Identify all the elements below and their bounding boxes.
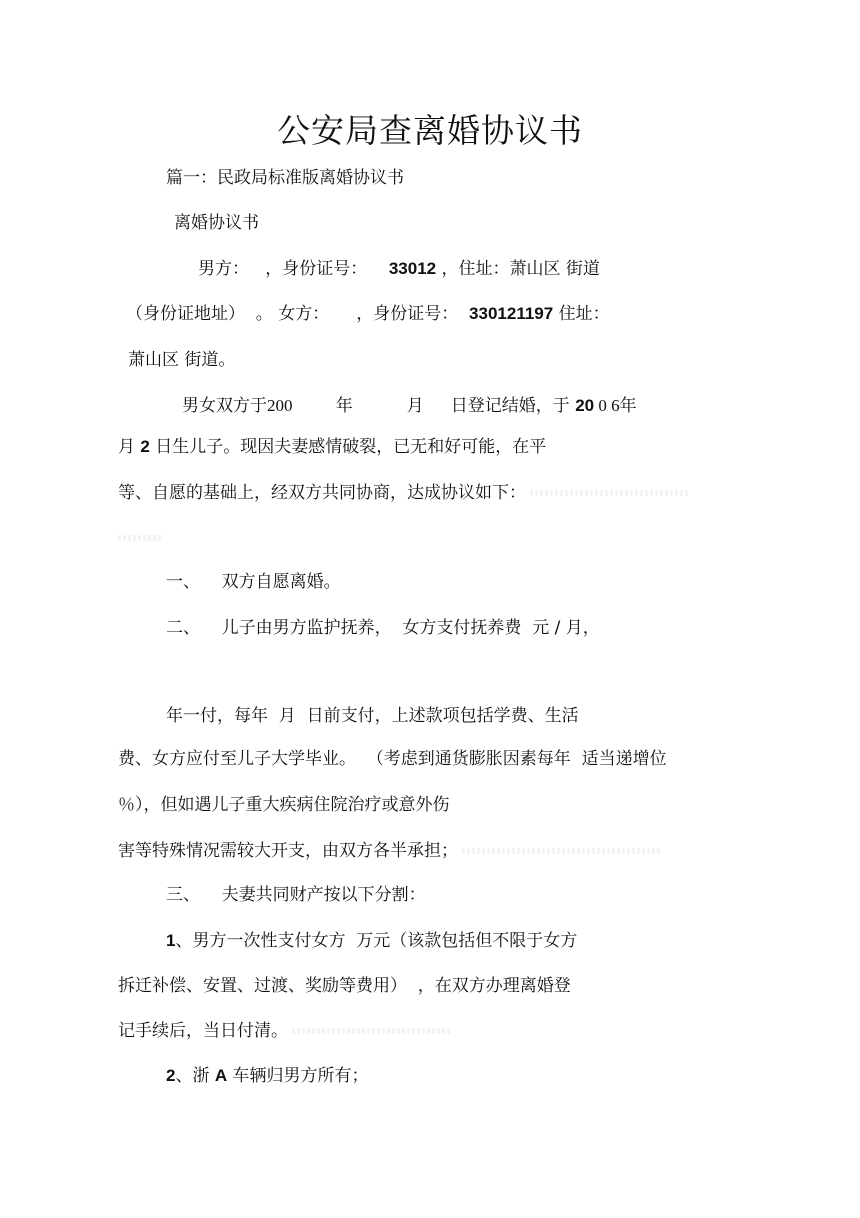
male-party-line: 男方： ，身份证号： 33012 ，住址：萧山区 街道 — [198, 258, 600, 280]
agreement-name: 离婚协议书 — [174, 212, 259, 234]
female-id: 330121197 — [469, 304, 553, 323]
female-party-line: （身份证地址） 。 女方： ，身份证号： 330121197 住址： — [126, 303, 610, 325]
clause-2: 二、 儿子由男方监护抚养， 女方支付抚养费 元 / 月， — [166, 617, 600, 639]
son-line: 月 2 日生儿子。现因夫妻感情破裂，已无和好可能，在平 — [118, 436, 546, 458]
marriage-line: 男女双方于200 年 月 日登记结婚，于 20 0 6年 — [182, 395, 637, 417]
clause-2-cont-4: 害等特殊情况需较大开支，由双方各半承担； — [118, 840, 662, 862]
clause-1: 一、 双方自愿离婚。 — [166, 571, 341, 593]
property-item-2: 2、浙 A 车辆归男方所有； — [166, 1065, 369, 1087]
document-title: 公安局查离婚协议书 — [0, 110, 860, 152]
clause-3: 三、 夫妻共同财产按以下分割： — [166, 884, 426, 906]
scan-noise — [530, 490, 690, 496]
agree-line: 等、自愿的基础上，经双方共同协商，达成协议如下： — [118, 482, 690, 504]
scan-noise-line — [118, 527, 162, 549]
section-heading: 篇一：民政局标准版离婚协议书 — [166, 167, 404, 189]
property-item-1-cont-1: 拆迁补偿、安置、过渡、奖励等费用） ，在双方办理离婚登 — [118, 975, 571, 997]
male-id: 33012 — [389, 259, 436, 278]
clause-2-cont-3: ％），但如遇儿子重大疾病住院治疗或意外伤 — [118, 794, 450, 816]
property-item-1-cont-2: 记手续后，当日付清。 — [118, 1020, 452, 1042]
clause-2-cont-1: 年一付，每年 月 日前支付，上述款项包括学费、生活 — [166, 705, 579, 727]
address-line: 萧山区 街道。 — [128, 349, 235, 371]
clause-2-cont-2: 费、女方应付至儿子大学毕业。 （考虑到通货膨胀因素每年 适当递增位 — [118, 748, 667, 770]
property-item-1: 1、男方一次性支付女方 万元（该款包括但不限于女方 — [166, 930, 577, 952]
